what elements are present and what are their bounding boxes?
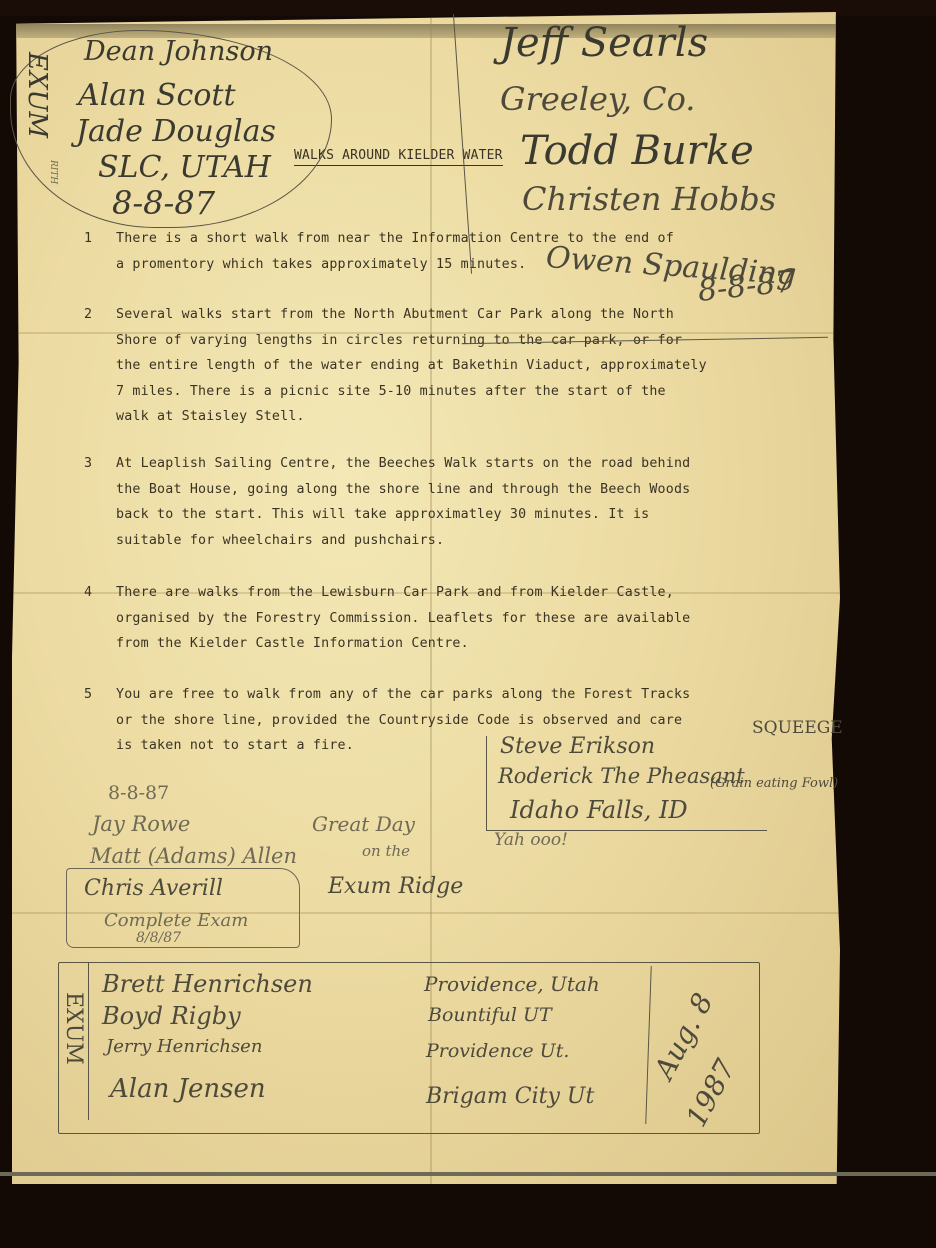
handwritten-name: Alan Jensen (110, 1074, 266, 1104)
item-number: 4 (84, 580, 92, 606)
handwritten-note: Complete Exam (104, 910, 248, 931)
handwritten-place: SLC, UTAH (98, 150, 271, 185)
handwritten-name: Todd Burke (520, 128, 754, 174)
handwritten-aside: (Grain eating Fowl) (710, 776, 838, 791)
handwritten-message: on the (362, 842, 410, 860)
document-title: WALKS AROUND KIELDER WATER (294, 148, 503, 166)
handwritten-name: Chris Averill (84, 876, 223, 901)
item-number: 2 (84, 302, 92, 328)
handwritten-message: Exum Ridge (328, 874, 463, 899)
handwritten-name: Jade Douglas (76, 114, 276, 149)
handwritten-place: Providence Ut. (426, 1040, 569, 1062)
handwritten-place: Idaho Falls, ID (510, 796, 688, 824)
handwritten-place: Brigam City Ut (426, 1084, 594, 1109)
item-number: 5 (84, 682, 92, 708)
item-text: There are walks from the Lewisburn Car P… (116, 580, 746, 657)
handwritten-name: Alan Scott (78, 78, 236, 113)
handwritten-place: Bountiful UT (428, 1004, 552, 1026)
handwritten-place: Providence, Utah (424, 972, 600, 996)
handwritten-note: SQUEEGE (752, 718, 843, 738)
handwritten-name: Jeff Searls (500, 20, 708, 66)
handwritten-name: Boyd Rigby (102, 1002, 241, 1030)
item-number: 1 (84, 226, 92, 252)
handwritten-date: 8-8-87 (108, 782, 169, 804)
handwritten-name: Roderick The Pheasant (498, 764, 745, 788)
handwritten-name: Jay Rowe (92, 812, 190, 836)
item-text: Several walks start from the North Abutm… (116, 302, 746, 430)
item-text: At Leaplish Sailing Centre, the Beeches … (116, 451, 746, 553)
handwritten-name: Christen Hobbs (522, 180, 776, 218)
handwritten-message: Great Day (312, 812, 415, 836)
handwritten-place: Greeley, Co. (500, 80, 695, 118)
handwritten-note-date: 8/8/87 (136, 930, 181, 946)
handwritten-name: Matt (Adams) Allen (90, 844, 297, 868)
handwritten-name: Jerry Henrichsen (106, 1036, 262, 1057)
handwritten-exum-sublabel: RITH (48, 160, 58, 184)
handwritten-exclamation: Yah ooo! (494, 830, 568, 850)
frame-edge-line (0, 1172, 936, 1176)
handwritten-name: Steve Erikson (500, 734, 655, 759)
handwritten-date: 8-8-87 (112, 184, 215, 222)
item-number: 3 (84, 451, 92, 477)
handwritten-exum-label: EXUM (61, 992, 86, 1065)
handwritten-name: Dean Johnson (84, 36, 273, 67)
handwritten-exum-label: EXUM (22, 52, 52, 138)
handwritten-name: Brett Henrichsen (102, 970, 313, 998)
